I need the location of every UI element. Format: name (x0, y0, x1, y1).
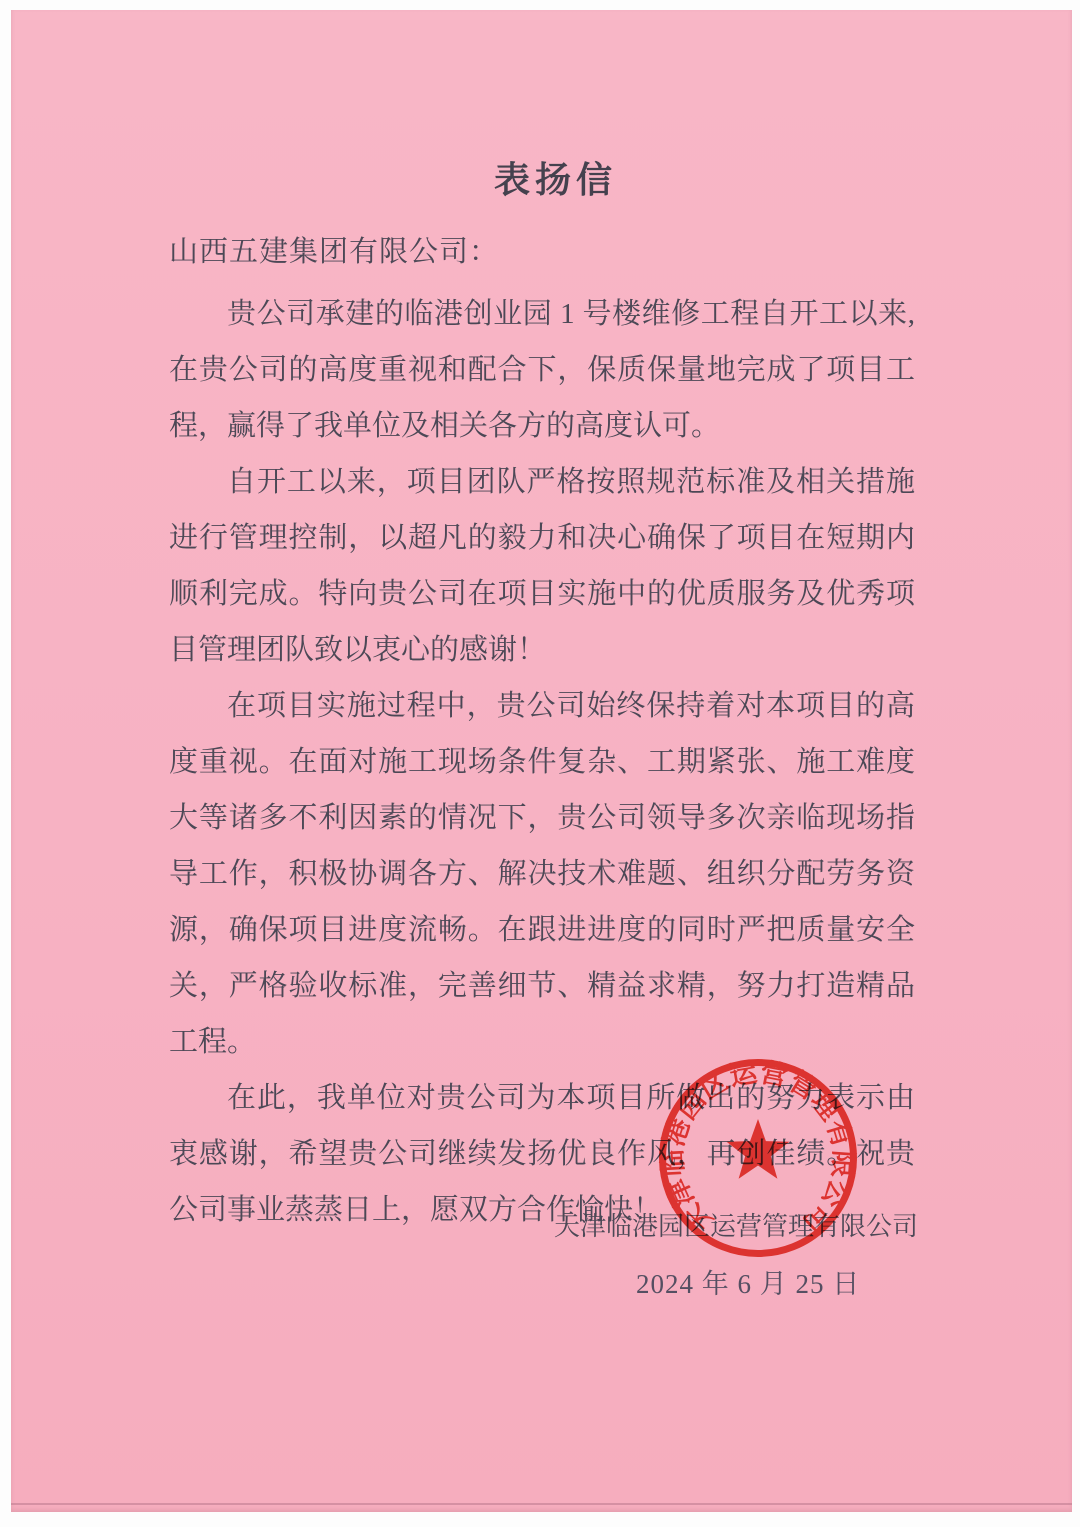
scanned-letter-screenshot: 表扬信 山西五建集团有限公司： 贵公司承建的临港创业园 1 号楼维修工程自开工以… (0, 0, 1080, 1527)
company-seal: 天津临港园区运营管理有限公司 (655, 1055, 861, 1261)
letter-salutation: 山西五建集团有限公司： (169, 224, 915, 280)
letter-date: 2024 年 6 月 25 日 (636, 1262, 860, 1301)
letter-paper: 表扬信 山西五建集团有限公司： 贵公司承建的临港创业园 1 号楼维修工程自开工以… (11, 10, 1072, 1512)
scan-edge-shadow (11, 1503, 1072, 1505)
letter-title: 表扬信 (25, 152, 1080, 203)
seal-graphic: 天津临港园区运营管理有限公司 (655, 1055, 861, 1261)
letter-paragraph-3: 在项目实施过程中，贵公司始终保持着对本项目的高度重视。在面对施工现场条件复杂、工… (169, 678, 915, 1070)
letter-paragraph-2: 自开工以来，项目团队严格按照规范标准及相关措施进行管理控制，以超凡的毅力和决心确… (169, 454, 915, 678)
seal-star-icon (727, 1119, 790, 1179)
letter-paragraph-1: 贵公司承建的临港创业园 1 号楼维修工程自开工以来,在贵公司的高度重视和配合下，… (169, 286, 915, 454)
